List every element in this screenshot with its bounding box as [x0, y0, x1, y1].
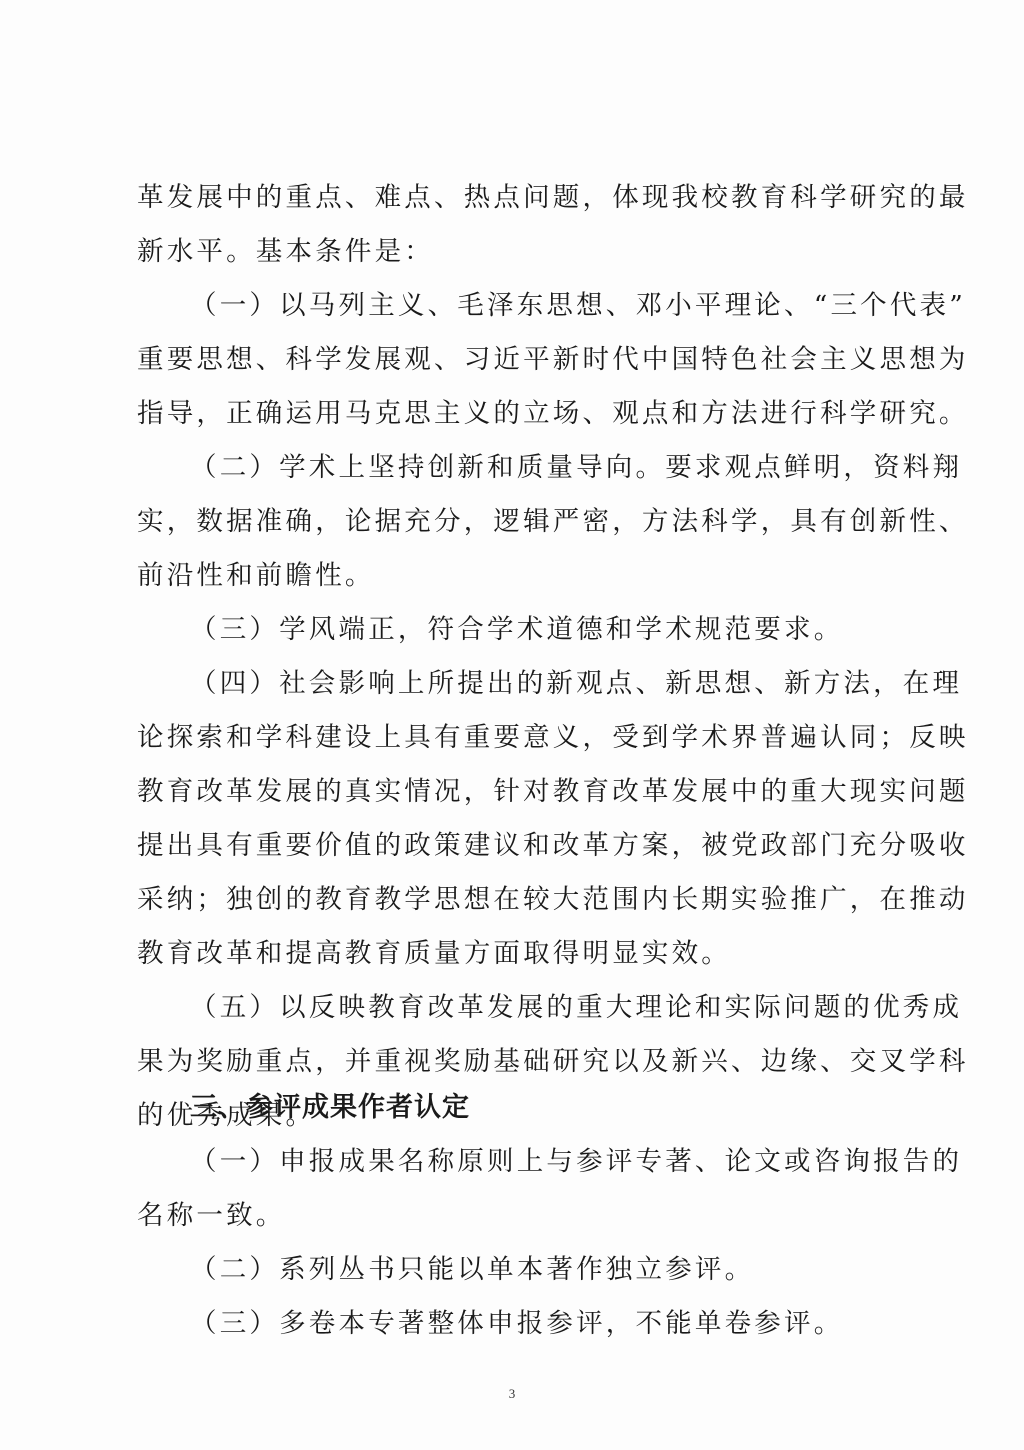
- text-line: 采纳；独创的教育教学思想在较大范围内长期实验推广，在推动: [137, 882, 912, 918]
- text-line: 革发展中的重点、难点、热点问题，体现我校教育科学研究的最: [137, 180, 912, 216]
- text-line: 前沿性和前瞻性。: [137, 558, 912, 594]
- text-line: 指导，正确运用马克思主义的立场、观点和方法进行科学研究。: [137, 396, 912, 432]
- document-page: 革发展中的重点、难点、热点问题，体现我校教育科学研究的最 新水平。基本条件是： …: [0, 0, 1024, 1450]
- text-line: （一）申报成果名称原则上与参评专著、论文或咨询报告的: [190, 1144, 912, 1180]
- page-number: 3: [0, 1386, 1024, 1402]
- text-line: （四）社会影响上所提出的新观点、新思想、新方法，在理: [190, 666, 912, 702]
- text-line: （一）以马列主义、毛泽东思想、邓小平理论、“三个代表”: [190, 288, 912, 324]
- section-heading: 三、参评成果作者认定: [190, 1090, 965, 1126]
- text-line: 教育改革发展的真实情况，针对教育改革发展中的重大现实问题: [137, 774, 912, 810]
- text-line: 提出具有重要价值的政策建议和改革方案，被党政部门充分吸收: [137, 828, 912, 864]
- text-line: （二）系列丛书只能以单本著作独立参评。: [190, 1252, 912, 1288]
- text-line: （三）多卷本专著整体申报参评，不能单卷参评。: [190, 1306, 912, 1342]
- text-line: 新水平。基本条件是：: [137, 234, 912, 270]
- text-line: 论探索和学科建设上具有重要意义，受到学术界普遍认同；反映: [137, 720, 912, 756]
- text-line: （五）以反映教育改革发展的重大理论和实际问题的优秀成: [190, 990, 912, 1026]
- text-line: 实，数据准确，论据充分，逻辑严密，方法科学，具有创新性、: [137, 504, 912, 540]
- text-line: 果为奖励重点，并重视奖励基础研究以及新兴、边缘、交叉学科: [137, 1044, 912, 1080]
- text-line: 重要思想、科学发展观、习近平新时代中国特色社会主义思想为: [137, 342, 912, 378]
- text-line: 教育改革和提高教育质量方面取得明显实效。: [137, 936, 912, 972]
- text-line: 名称一致。: [137, 1198, 912, 1234]
- text-line: （三）学风端正，符合学术道德和学术规范要求。: [190, 612, 912, 648]
- text-line: （二）学术上坚持创新和质量导向。要求观点鲜明，资料翔: [190, 450, 912, 486]
